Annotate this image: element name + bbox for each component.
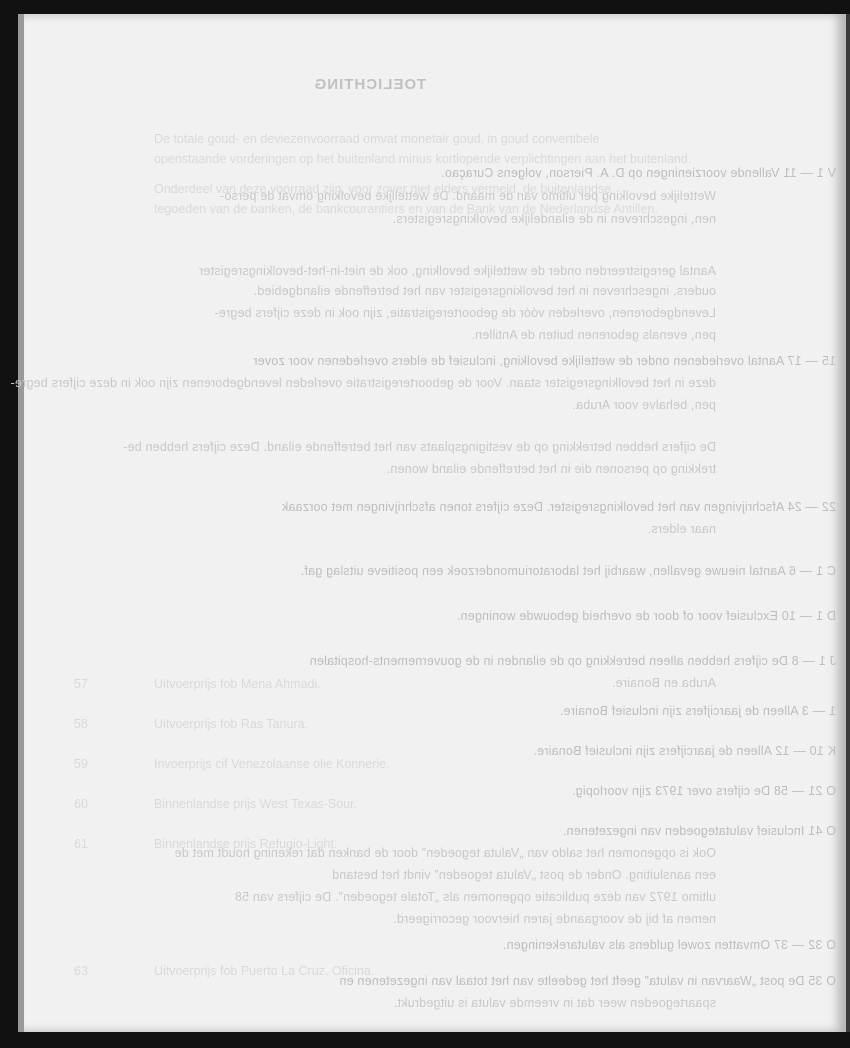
mirrored-text-line: naar elders. <box>648 522 716 536</box>
mirrored-text-line: J 1 — 8 De cijfers hebben alleen betrekk… <box>310 654 836 668</box>
item-number: 61 <box>74 837 88 851</box>
faint-text-line: Binnenlandse prijs West Texas-Sour. <box>154 797 357 811</box>
mirrored-text-line: pen, evenals geborenen buiten de Antille… <box>471 328 716 342</box>
mirrored-text-line: 22 — 24 Afschrijvingen van het bevolking… <box>282 500 836 514</box>
mirrored-title: TOELICHTING <box>314 76 426 93</box>
faint-text-line: De totale goud- en deviezenvoorraad omva… <box>154 132 599 146</box>
faint-text-line: openstaande vorderingen op het buitenlan… <box>154 152 691 166</box>
mirrored-text-line: Aruba en Bonaire. <box>612 676 716 690</box>
scanned-page: TOELICHTINGV 1 — 11 Vallende voorziening… <box>18 14 846 1032</box>
mirrored-text-line: trekking op personen die in het betreffe… <box>387 462 716 476</box>
mirrored-text-line: C 1 — 6 Aantal nieuwe gevallen, waarbij … <box>301 564 836 578</box>
mirrored-text-line: spaartegoeden weer dat in vreemde valuta… <box>394 996 716 1010</box>
item-number: 60 <box>74 797 88 811</box>
mirrored-text-line: V 1 — 11 Vallende voorzieningen op D. A.… <box>441 166 836 180</box>
mirrored-text-line: Aantal geregistreerden onder de wettelij… <box>199 264 716 278</box>
faint-text-line: Uitvoerprijs fob Ras Tanura. <box>154 717 308 731</box>
item-number: 63 <box>74 964 88 978</box>
mirrored-text-line: pen, behalve voor Aruba. <box>572 398 716 412</box>
faint-text-line: Uitvoerprijs fob Mena Ahmadi. <box>154 677 321 691</box>
mirrored-bleed-through-layer: TOELICHTINGV 1 — 11 Vallende voorziening… <box>24 14 846 1032</box>
mirrored-text-line: K 10 — 12 Alleen de jaarcijfers zijn inc… <box>533 744 836 758</box>
mirrored-text-line: een aansluiting. Onder de post „Valuta t… <box>332 868 716 882</box>
mirrored-text-line: O 21 — 58 De cijfers over 1973 zijn voor… <box>572 784 836 798</box>
mirrored-text-line: ouders, ingeschreven in het bevolkingsre… <box>253 284 716 298</box>
mirrored-text-line: ultimo 1972 van deze publicatie opgenome… <box>235 890 716 904</box>
faint-text-line: Binnenlandse prijs Refugio-Light. <box>154 837 337 851</box>
mirrored-text-line: O 32 — 37 Omvatten zowel guldens als val… <box>503 938 836 952</box>
mirrored-text-line: 15 — 17 Aantal overledenen onder de wett… <box>253 354 836 368</box>
mirrored-text-line: O 41 Inclusief valutategoeden van ingeze… <box>563 824 836 838</box>
mirrored-text-line: deze in het bevolkingsregister staan. Vo… <box>10 376 716 390</box>
item-number: 58 <box>74 717 88 731</box>
mirrored-text-line: D 1 — 10 Exclusief voor of door de overh… <box>457 609 836 623</box>
mirrored-text-line: O 35 De post „Waarvan in valuta” geeft h… <box>339 974 836 988</box>
faint-text-line: Uitvoerprijs fob Puerto La Cruz, Oficina… <box>154 964 374 978</box>
mirrored-text-line: Levendgeborenen, overleden vóór de geboo… <box>214 306 716 320</box>
faint-text-line: Invoerprijs cif Venezolaanse olie Konner… <box>154 757 390 771</box>
mirrored-text-line: 1 — 3 Alleen de jaarcijfers zijn inclusi… <box>560 704 836 718</box>
faint-text-line: tegoeden van de banken, de bankcourantie… <box>154 202 658 216</box>
faint-text-line: Onderdeel van deze voorraad zijn, voor z… <box>154 182 611 196</box>
mirrored-text-line: nemen af bij de voorgaande jaren hiervoo… <box>393 912 716 926</box>
item-number: 57 <box>74 677 88 691</box>
mirrored-text-line: De cijfers hebben betrekking op de vesti… <box>123 440 716 454</box>
item-number: 59 <box>74 757 88 771</box>
